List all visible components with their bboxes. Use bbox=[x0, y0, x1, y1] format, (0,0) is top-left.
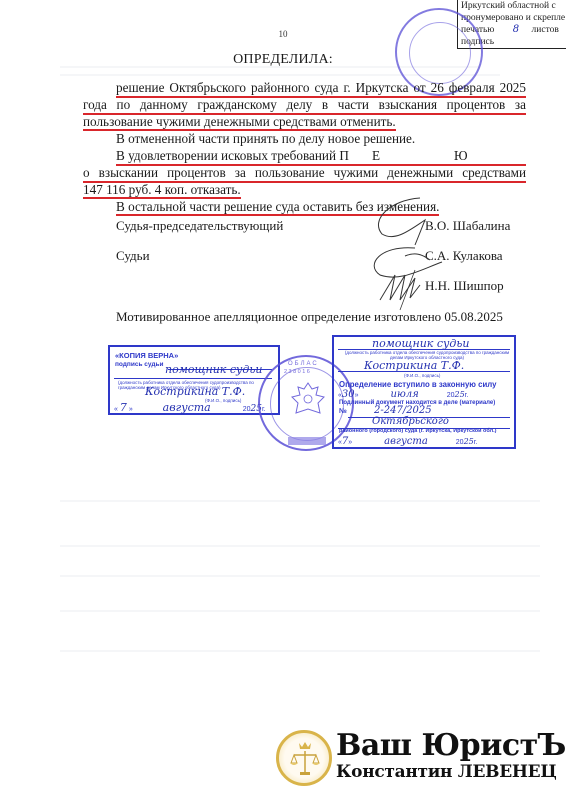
new-decision-line: В отмененной части принять по делу новое… bbox=[116, 131, 415, 147]
register-stamp-sheets-label: листов bbox=[532, 25, 559, 35]
copy-stamp-handwritten-position: помощник судьи bbox=[165, 363, 262, 376]
motivated-decision-note: Мотивированное апелляционное определение… bbox=[116, 309, 503, 325]
entered-force-label: Определение вступило в законную силу bbox=[339, 380, 496, 389]
bleed-through-line bbox=[60, 545, 540, 547]
coat-of-arms-icon bbox=[290, 381, 326, 421]
claims-line-1: В удовлетворении исковых требований П Е … bbox=[116, 148, 526, 166]
decision-line-2: года по данному гражданскому делу в част… bbox=[83, 97, 526, 115]
register-stamp-line2: пронумеровано и скрепле bbox=[458, 12, 566, 24]
copy-stamp-date: « 7 » августа 2025г. bbox=[114, 401, 276, 414]
bleed-through-line bbox=[60, 500, 540, 502]
copy-stamp-header: «КОПИЯ ВЕРНА» bbox=[115, 351, 178, 360]
copy-stamp-sign-label: подпись судьи bbox=[115, 361, 163, 368]
claims-line-2: о взыскании процентов за пользование чуж… bbox=[83, 165, 526, 183]
case-number-label: № bbox=[339, 408, 347, 415]
bleed-through-line bbox=[60, 575, 540, 577]
redacted-initial-1: Е bbox=[372, 148, 380, 164]
copy-verified-stamp: «КОПИЯ ВЕРНА» подпись судьи помощник суд… bbox=[108, 345, 280, 415]
scales-of-justice-icon bbox=[276, 730, 332, 786]
logo-subtitle: Константин ЛЕВЕНЕЦ bbox=[336, 762, 556, 782]
register-stamp-line1: Иркутский областной с bbox=[458, 0, 566, 12]
force-stamp-date: «7» августа 2025г. bbox=[338, 436, 514, 447]
signature-role-judges: Судьи bbox=[116, 248, 150, 264]
seal-label-band bbox=[288, 437, 326, 445]
decision-line-3: пользование чужими денежными средствами … bbox=[83, 114, 396, 130]
signature-role-presiding: Судья-председательствующий bbox=[116, 218, 283, 234]
bleed-through-line bbox=[60, 610, 540, 612]
redacted-initial-2: Ю bbox=[454, 148, 468, 164]
legal-force-stamp: помощник судьи (должность работника отде… bbox=[332, 335, 516, 449]
handwritten-court-name: Октябрьского bbox=[372, 416, 449, 427]
register-stamp-count: 8 bbox=[513, 24, 519, 35]
court-caption: районного (городского) суда (г. Иркутска… bbox=[339, 428, 497, 434]
force-date: «30» июля 2025г. bbox=[338, 389, 514, 400]
claims-line-3: 147 116 руб. 4 коп. отказать. bbox=[83, 182, 241, 198]
logo-title: Ваш ЮристЪ bbox=[336, 728, 566, 763]
bleed-through-line bbox=[60, 650, 540, 652]
force-stamp-fio-caption: (Ф.И.О., подпись) bbox=[404, 373, 440, 378]
decision-line-1: решение Октябрьского районного суда г. И… bbox=[116, 80, 526, 98]
copy-stamp-handwritten-name: Кострикина Т.Ф. bbox=[145, 385, 245, 398]
handwritten-signatures-icon bbox=[360, 190, 450, 320]
handwritten-case-number: 2-247/2025 bbox=[374, 405, 432, 416]
